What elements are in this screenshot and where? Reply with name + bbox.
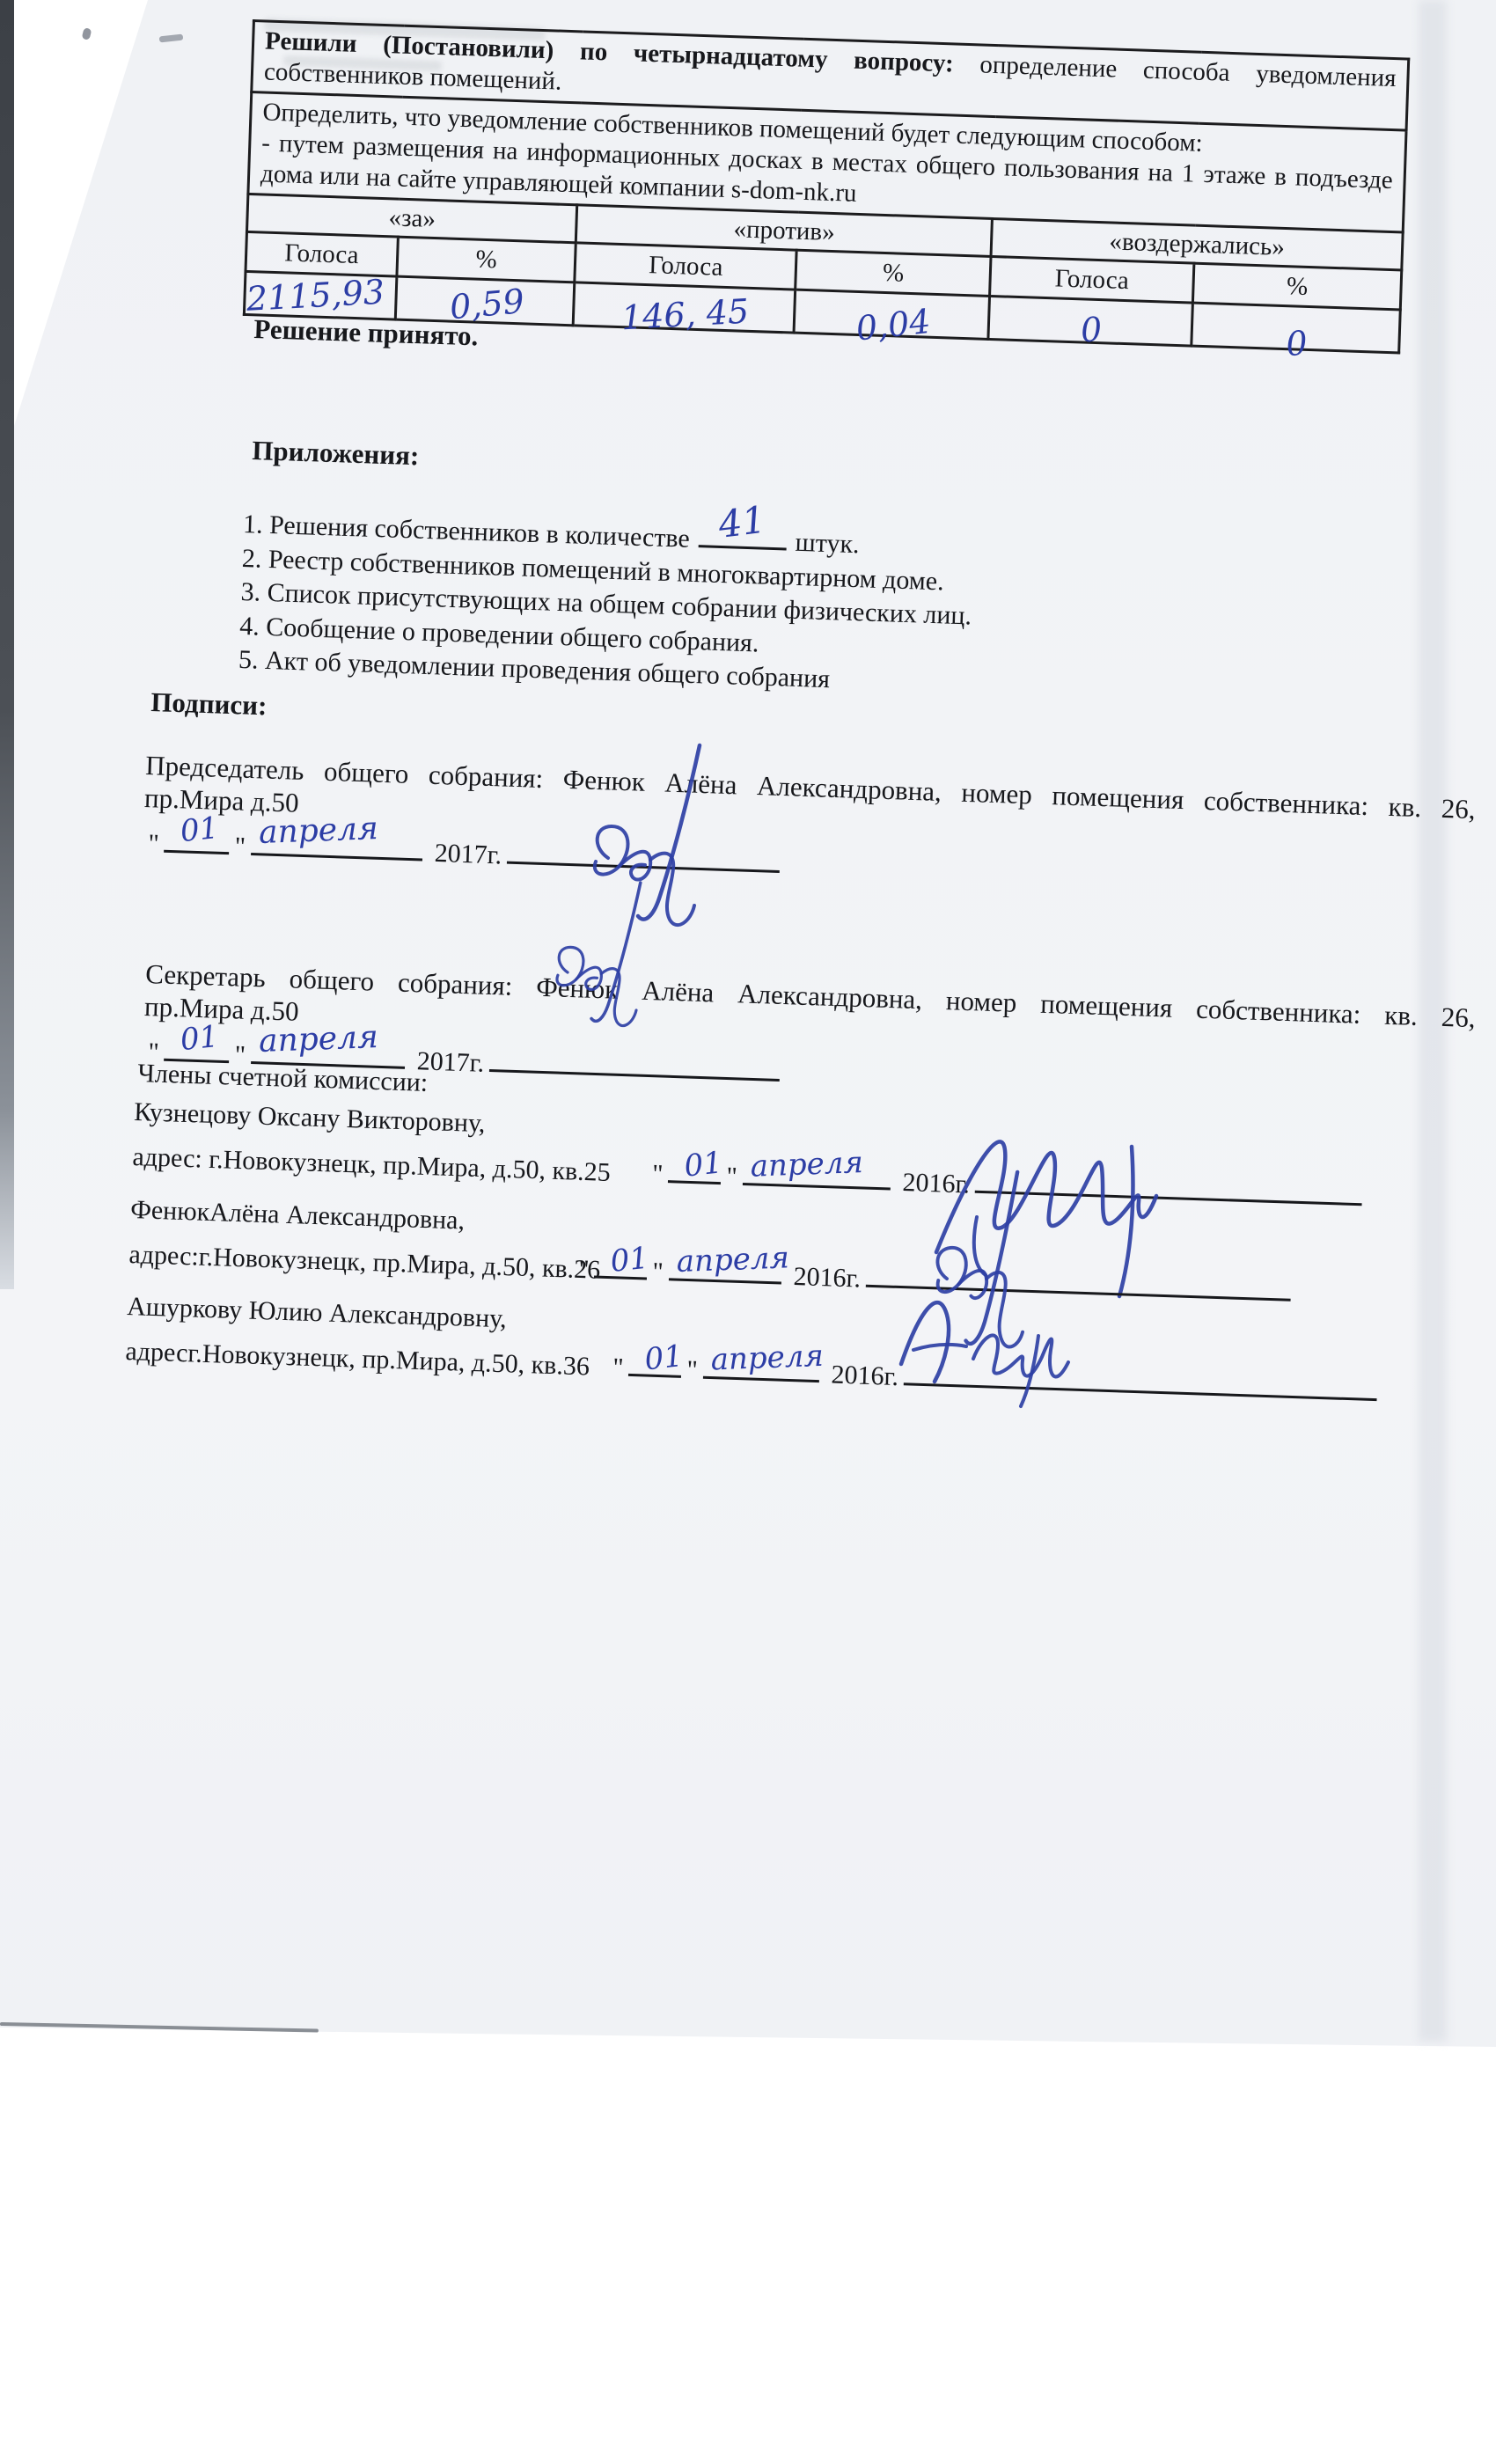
quote-mark: " — [646, 1154, 669, 1195]
quote-mark: " — [143, 829, 165, 859]
day-blank-line: 01 — [668, 1150, 722, 1184]
handwritten-month: апреля — [258, 812, 378, 849]
handwritten-day: 01 — [683, 1142, 725, 1186]
za-pct-header: % — [397, 237, 576, 282]
vozd-votes-header: Голоса — [990, 256, 1194, 303]
ink-speck — [82, 27, 92, 40]
secretary-signature — [517, 880, 693, 1034]
handwritten-vozd-pct: 0 — [1286, 327, 1309, 360]
count-blank-line: 41 — [698, 518, 787, 550]
handwritten-protiv-pct: 0,04 — [854, 305, 932, 344]
handwritten-month: апреля — [675, 1237, 789, 1282]
protiv-pct-header: % — [796, 250, 991, 296]
year-label: 2017г. — [422, 838, 507, 869]
handwritten-vozd-votes: 0 — [1080, 313, 1104, 346]
month-blank-line: апреля — [742, 1153, 891, 1191]
day-blank-line: 01 — [164, 820, 230, 854]
handwritten-za-pct: 0,59 — [449, 286, 525, 323]
handwritten-day: 01 — [643, 1336, 686, 1380]
day-blank-line: 01 — [594, 1246, 648, 1280]
za-votes-header: Голоса — [246, 231, 398, 276]
day-blank-line: 01 — [164, 1029, 230, 1063]
handwritten-month: апреля — [749, 1142, 863, 1187]
quote-mark: " — [229, 832, 251, 862]
attachments-list: 1. Решения собственников в количестве41ш… — [238, 503, 1343, 714]
vozd-pct-header: % — [1192, 263, 1401, 310]
scanned-document-page: Решили (Постановили) по четырнадцатому в… — [0, 0, 1496, 2464]
month-blank-line: апреля — [702, 1346, 819, 1382]
attachment-item1-suffix: штук. — [795, 528, 860, 559]
quote-mark: " — [573, 1250, 596, 1291]
handwritten-day: 01 — [609, 1238, 651, 1282]
handwritten-day: 01 — [179, 812, 220, 848]
attachments-title: Приложения: — [252, 435, 420, 472]
signature-line — [489, 1039, 781, 1082]
month-blank-line: апреля — [668, 1248, 781, 1284]
handwritten-month: апреля — [258, 1021, 378, 1058]
handwritten-protiv-votes: 146, 45 — [620, 296, 750, 334]
commission-member3-signature — [891, 1274, 1089, 1411]
month-blank-line: апреля — [251, 823, 423, 861]
year-label: 2016г. — [781, 1257, 867, 1300]
quote-mark: " — [606, 1347, 629, 1389]
handwritten-month: апреля — [709, 1336, 824, 1381]
handwritten-count: 41 — [716, 503, 767, 543]
signatures-title: Подписи: — [150, 686, 268, 722]
handwritten-za-votes: 2115,93 — [246, 276, 385, 314]
resolution-table: Решили (Постановили) по четырнадцатому в… — [243, 19, 1410, 354]
scanner-edge-shadow — [0, 0, 14, 1289]
day-blank-line: 01 — [628, 1344, 682, 1378]
handwritten-day: 01 — [179, 1021, 220, 1057]
